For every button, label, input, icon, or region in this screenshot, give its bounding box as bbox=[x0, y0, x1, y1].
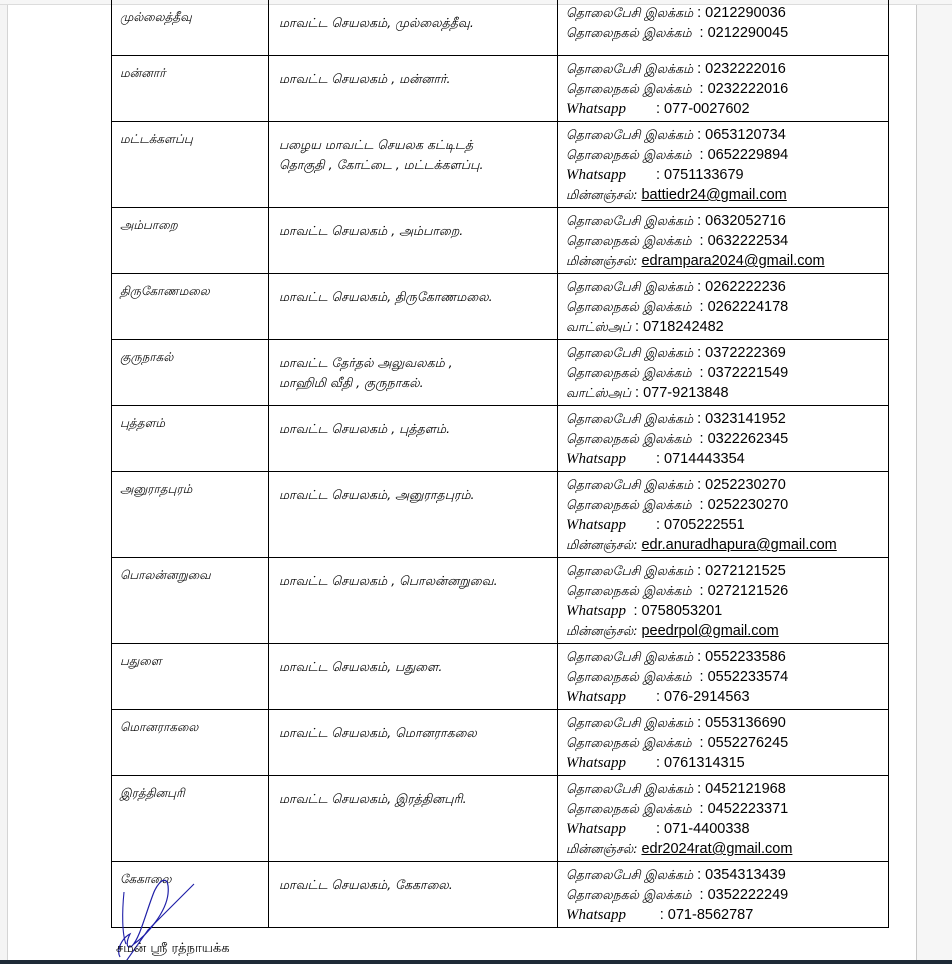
contact-number: : 071-8562787 bbox=[660, 907, 754, 923]
office-address-line: மாவட்ட செயலகம் , அம்பாறை. bbox=[279, 221, 557, 241]
contact-number: : 0452223371 bbox=[700, 801, 789, 817]
contact-line: தொலைநகல் இலக்கம் : 0262224178 bbox=[566, 297, 888, 317]
email-link[interactable]: edr.anuradhapura@gmail.com bbox=[641, 537, 836, 553]
contact-label: தொலைநகல் இலக்கம் bbox=[566, 497, 700, 512]
contact-number: : 0761314315 bbox=[656, 755, 745, 771]
contact-label: தொலைநகல் இலக்கம் bbox=[566, 431, 700, 446]
district-contacts-table: முல்லைத்தீவுமாவட்ட செயலகம், முல்லைத்தீவு… bbox=[111, 0, 889, 928]
office-address: மாவட்ட செயலகம், மொனராகலை bbox=[269, 710, 557, 743]
contact-number: : 077-0027602 bbox=[656, 101, 750, 117]
table-row: புத்தளம்மாவட்ட செயலகம் , புத்தளம்.தொலைபே… bbox=[112, 406, 889, 472]
contact-number: : 0212290045 bbox=[700, 25, 789, 41]
district-name: திருகோணமலை bbox=[112, 274, 268, 300]
email-link[interactable]: peedrpol@gmail.com bbox=[641, 623, 778, 639]
contact-number: : 0552276245 bbox=[700, 735, 789, 751]
contact-number: : 0714443354 bbox=[656, 451, 745, 467]
contact-label: Whatsapp bbox=[566, 755, 656, 771]
contact-label: மின்னஞ்சல்: bbox=[566, 841, 641, 856]
contact-cell: தொலைபேசி இலக்கம் : 0272121525தொலைநகல் இல… bbox=[558, 558, 889, 644]
contact-number: : 0553136690 bbox=[697, 715, 786, 731]
viewer-left-gutter bbox=[0, 5, 8, 960]
contact-label: தொலைபேசி இலக்கம் bbox=[566, 5, 697, 20]
contact-label: மின்னஞ்சல்: bbox=[566, 623, 641, 638]
contact-number: : 0751133679 bbox=[656, 167, 744, 183]
office-address: மாவட்ட செயலகம், அனுராதபுரம். bbox=[269, 472, 557, 505]
contact-cell: தொலைபேசி இலக்கம் : 0553136690தொலைநகல் இல… bbox=[558, 710, 889, 776]
office-address: மாவட்ட செயலகம், கேகாலை. bbox=[269, 862, 557, 895]
contact-label: தொலைபேசி இலக்கம் bbox=[566, 563, 697, 578]
contact-number: : 076-2914563 bbox=[656, 689, 750, 705]
district-cell: மொனராகலை bbox=[112, 710, 269, 776]
table-row: மன்னார்மாவட்ட செயலகம் , மன்னார்.தொலைபேசி… bbox=[112, 56, 889, 122]
contact-label: தொலைபேசி இலக்கம் bbox=[566, 715, 697, 730]
office-address-line: மாவட்ட செயலகம், அனுராதபுரம். bbox=[279, 485, 557, 505]
table-row: பதுளைமாவட்ட செயலகம், பதுளை.தொலைபேசி இலக்… bbox=[112, 644, 889, 710]
contact-line: Whatsapp : 071-4400338 bbox=[566, 819, 888, 839]
district-name: மொனராகலை bbox=[112, 710, 268, 736]
district-cell: பொலன்னறுவை bbox=[112, 558, 269, 644]
office-cell: மாவட்ட செயலகம் , பொலன்னறுவை. bbox=[269, 558, 558, 644]
contact-number: : 071-4400338 bbox=[656, 821, 750, 837]
district-name: பதுளை bbox=[112, 644, 268, 670]
contact-number: : 0552233574 bbox=[700, 669, 789, 685]
contact-line: தொலைநகல் இலக்கம் : 0212290045 bbox=[566, 23, 888, 43]
contact-number: : 0272121526 bbox=[700, 583, 789, 599]
contact-line: Whatsapp : 077-0027602 bbox=[566, 99, 888, 119]
district-cell: முல்லைத்தீவு bbox=[112, 0, 269, 56]
contact-number: : 0232222016 bbox=[700, 81, 789, 97]
contact-line: தொலைநகல் இலக்கம் : 0632222534 bbox=[566, 231, 888, 251]
contact-label: தொலைநகல் இலக்கம் bbox=[566, 887, 700, 902]
office-address-line: மாவட்ட செயலகம், முல்லைத்தீவு. bbox=[279, 13, 557, 33]
contact-number: : 0323141952 bbox=[697, 411, 786, 427]
contact-cell: தொலைபேசி இலக்கம் : 0632052716தொலைநகல் இல… bbox=[558, 208, 889, 274]
contact-label: தொலைநகல் இலக்கம் bbox=[566, 801, 700, 816]
office-address: மாவட்ட தேர்தல் அலுவலகம் ,மாஹிமி வீதி , க… bbox=[269, 340, 557, 393]
contact-number: : 0718242482 bbox=[635, 319, 724, 335]
contact-number: : 077-9213848 bbox=[635, 385, 729, 401]
district-cell: இரத்தினபுரி bbox=[112, 776, 269, 862]
district-cell: பதுளை bbox=[112, 644, 269, 710]
contact-line: தொலைபேசி இலக்கம் : 0232222016 bbox=[566, 59, 888, 79]
contact-line: தொலைபேசி இலக்கம் : 0653120734 bbox=[566, 125, 888, 145]
contact-label: வாட்ஸ்அப் bbox=[566, 385, 635, 400]
contact-label: தொலைபேசி இலக்கம் bbox=[566, 477, 697, 492]
contact-cell: தொலைபேசி இலக்கம் : 0372222369தொலைநகல் இல… bbox=[558, 340, 889, 406]
contact-cell: தொலைபேசி இலக்கம் : 0262222236தொலைநகல் இல… bbox=[558, 274, 889, 340]
contact-label: Whatsapp bbox=[566, 451, 656, 467]
contact-label: தொலைநகல் இலக்கம் bbox=[566, 233, 700, 248]
contact-line: Whatsapp : 0714443354 bbox=[566, 449, 888, 469]
contact-label: தொலைநகல் இலக்கம் bbox=[566, 147, 700, 162]
contact-label: Whatsapp bbox=[566, 689, 656, 705]
office-cell: மாவட்ட செயலகம், பதுளை. bbox=[269, 644, 558, 710]
contact-number: : 0632222534 bbox=[700, 233, 789, 249]
contact-number: : 0372222369 bbox=[697, 345, 786, 361]
contact-label: Whatsapp bbox=[566, 821, 656, 837]
contact-cell: தொலைபேசி இலக்கம் : 0452121968தொலைநகல் இல… bbox=[558, 776, 889, 862]
contact-line: Whatsapp : 0761314315 bbox=[566, 753, 888, 773]
contact-label: தொலைபேசி இலக்கம் bbox=[566, 781, 697, 796]
contact-label: Whatsapp bbox=[566, 167, 656, 183]
contact-cell: தொலைபேசி இலக்கம் : 0653120734தொலைநகல் இல… bbox=[558, 122, 889, 208]
contact-label: தொலைநகல் இலக்கம் bbox=[566, 735, 700, 750]
contact-number: : 0354313439 bbox=[697, 867, 786, 883]
office-address-line: மாவட்ட செயலகம் , பொலன்னறுவை. bbox=[279, 571, 557, 591]
contact-label: தொலைநகல் இலக்கம் bbox=[566, 81, 700, 96]
office-cell: மாவட்ட செயலகம், திருகோணமலை. bbox=[269, 274, 558, 340]
table-row: அம்பாறைமாவட்ட செயலகம் , அம்பாறை.தொலைபேசி… bbox=[112, 208, 889, 274]
office-cell: மாவட்ட செயலகம், முல்லைத்தீவு. bbox=[269, 0, 558, 56]
contact-label: தொலைநகல் இலக்கம் bbox=[566, 583, 700, 598]
table-row: மொனராகலைமாவட்ட செயலகம், மொனராகலைதொலைபேசி… bbox=[112, 710, 889, 776]
table-row: அனுராதபுரம்மாவட்ட செயலகம், அனுராதபுரம்.த… bbox=[112, 472, 889, 558]
district-name: முல்லைத்தீவு bbox=[112, 0, 268, 26]
contact-line: தொலைநகல் இலக்கம் : 0232222016 bbox=[566, 79, 888, 99]
office-address: மாவட்ட செயலகம், திருகோணமலை. bbox=[269, 274, 557, 307]
contact-line: தொலைநகல் இலக்கம் : 0652229894 bbox=[566, 145, 888, 165]
office-cell: மாவட்ட செயலகம் , புத்தளம். bbox=[269, 406, 558, 472]
contact-line: தொலைநகல் இலக்கம் : 0352222249 bbox=[566, 885, 888, 905]
district-name: இரத்தினபுரி bbox=[112, 776, 268, 802]
contact-line: வாட்ஸ்அப் : 077-9213848 bbox=[566, 383, 888, 403]
office-address-line: பழைய மாவட்ட செயலக கட்டிடத் bbox=[279, 135, 557, 155]
contact-number: : 0652229894 bbox=[700, 147, 789, 163]
contact-line: Whatsapp : 071-8562787 bbox=[566, 905, 888, 925]
contact-line: Whatsapp : 0758053201 bbox=[566, 601, 888, 621]
contact-line: தொலைபேசி இலக்கம் : 0212290036 bbox=[566, 3, 888, 23]
contact-label: தொலைநகல் இலக்கம் bbox=[566, 669, 700, 684]
office-address-line: மாவட்ட செயலகம், பதுளை. bbox=[279, 657, 557, 677]
office-address: மாவட்ட செயலகம் , மன்னார். bbox=[269, 56, 557, 89]
table-row: இரத்தினபுரிமாவட்ட செயலகம், இரத்தினபுரி.த… bbox=[112, 776, 889, 862]
office-cell: மாவட்ட தேர்தல் அலுவலகம் ,மாஹிமி வீதி , க… bbox=[269, 340, 558, 406]
table-row: மட்டக்களப்புபழைய மாவட்ட செயலக கட்டிடத்தொ… bbox=[112, 122, 889, 208]
contact-line: மின்னஞ்சல்: edr.anuradhapura@gmail.com bbox=[566, 535, 888, 555]
email-link[interactable]: edrampara2024@gmail.com bbox=[641, 253, 824, 269]
contact-line: தொலைபேசி இலக்கம் : 0452121968 bbox=[566, 779, 888, 799]
office-address-line: மாவட்ட செயலகம் , மன்னார். bbox=[279, 69, 557, 89]
contact-number: : 0632052716 bbox=[697, 213, 786, 229]
email-link[interactable]: edr2024rat@gmail.com bbox=[641, 841, 792, 857]
office-cell: மாவட்ட செயலகம் , அம்பாறை. bbox=[269, 208, 558, 274]
contact-cell: தொலைபேசி இலக்கம் : 0232222016தொலைநகல் இல… bbox=[558, 56, 889, 122]
email-link[interactable]: battiedr24@gmail.com bbox=[641, 187, 786, 203]
district-name: மன்னார் bbox=[112, 56, 268, 82]
contact-number: : 0653120734 bbox=[697, 127, 786, 143]
office-address-line: மாவட்ட செயலகம், இரத்தினபுரி. bbox=[279, 789, 557, 809]
table-row: பொலன்னறுவைமாவட்ட செயலகம் , பொலன்னறுவை.தொ… bbox=[112, 558, 889, 644]
table-row: திருகோணமலைமாவட்ட செயலகம், திருகோணமலை.தொல… bbox=[112, 274, 889, 340]
contact-number: : 0452121968 bbox=[697, 781, 786, 797]
contact-number: : 0232222016 bbox=[697, 61, 786, 77]
contact-number: : 0262222236 bbox=[697, 279, 786, 295]
office-address: மாவட்ட செயலகம், முல்லைத்தீவு. bbox=[269, 0, 557, 33]
office-address: மாவட்ட செயலகம் , பொலன்னறுவை. bbox=[269, 558, 557, 591]
district-cell: திருகோணமலை bbox=[112, 274, 269, 340]
contact-label: தொலைநகல் இலக்கம் bbox=[566, 365, 700, 380]
contact-line: தொலைநகல் இலக்கம் : 0252230270 bbox=[566, 495, 888, 515]
contact-cell: தொலைபேசி இலக்கம் : 0552233586தொலைநகல் இல… bbox=[558, 644, 889, 710]
office-cell: பழைய மாவட்ட செயலக கட்டிடத்தொகுதி , கோட்ட… bbox=[269, 122, 558, 208]
contact-line: தொலைநகல் இலக்கம் : 0272121526 bbox=[566, 581, 888, 601]
contact-label: மின்னஞ்சல்: bbox=[566, 253, 641, 268]
contact-number: : 0705222551 bbox=[656, 517, 745, 533]
contact-line: தொலைநகல் இலக்கம் : 0552233574 bbox=[566, 667, 888, 687]
contact-number: : 0272121525 bbox=[697, 563, 786, 579]
contact-line: தொலைநகல் இலக்கம் : 0552276245 bbox=[566, 733, 888, 753]
contact-line: தொலைநகல் இலக்கம் : 0322262345 bbox=[566, 429, 888, 449]
contact-label: தொலைபேசி இலக்கம் bbox=[566, 127, 697, 142]
contact-number: : 0758053201 bbox=[634, 603, 723, 619]
contact-cell: தொலைபேசி இலக்கம் : 0323141952தொலைநகல் இல… bbox=[558, 406, 889, 472]
contact-line: தொலைநகல் இலக்கம் : 0452223371 bbox=[566, 799, 888, 819]
contact-number: : 0262224178 bbox=[700, 299, 789, 315]
contact-label: தொலைபேசி இலக்கம் bbox=[566, 61, 697, 76]
district-cell: புத்தளம் bbox=[112, 406, 269, 472]
district-cell: குருநாகல் bbox=[112, 340, 269, 406]
contact-number: : 0322262345 bbox=[700, 431, 789, 447]
office-cell: மாவட்ட செயலகம், மொனராகலை bbox=[269, 710, 558, 776]
contact-label: Whatsapp bbox=[566, 603, 634, 619]
office-cell: மாவட்ட செயலகம், அனுராதபுரம். bbox=[269, 472, 558, 558]
contact-number: : 0252230270 bbox=[700, 497, 789, 513]
contact-label: தொலைபேசி இலக்கம் bbox=[566, 345, 697, 360]
contact-line: மின்னஞ்சல்: edr2024rat@gmail.com bbox=[566, 839, 888, 859]
office-cell: மாவட்ட செயலகம், இரத்தினபுரி. bbox=[269, 776, 558, 862]
contact-line: மின்னஞ்சல்: battiedr24@gmail.com bbox=[566, 185, 888, 205]
contact-label: Whatsapp bbox=[566, 101, 656, 117]
contact-line: மின்னஞ்சல்: edrampara2024@gmail.com bbox=[566, 251, 888, 271]
contact-line: தொலைபேசி இலக்கம் : 0552233586 bbox=[566, 647, 888, 667]
contact-label: தொலைநகல் இலக்கம் bbox=[566, 299, 700, 314]
contact-line: Whatsapp : 0751133679 bbox=[566, 165, 888, 185]
office-cell: மாவட்ட செயலகம், கேகாலை. bbox=[269, 862, 558, 928]
contact-number: : 0212290036 bbox=[697, 5, 786, 21]
contact-label: மின்னஞ்சல்: bbox=[566, 537, 641, 552]
contact-number: : 0352222249 bbox=[700, 887, 789, 903]
office-address-line: தொகுதி , கோட்டை , மட்டக்களப்பு. bbox=[279, 155, 557, 175]
district-name: அம்பாறை bbox=[112, 208, 268, 234]
district-name: புத்தளம் bbox=[112, 406, 268, 432]
district-cell: மட்டக்களப்பு bbox=[112, 122, 269, 208]
office-address: மாவட்ட செயலகம், பதுளை. bbox=[269, 644, 557, 677]
contact-cell: தொலைபேசி இலக்கம் : 0212290036தொலைநகல் இல… bbox=[558, 0, 889, 56]
contact-line: தொலைபேசி இலக்கம் : 0272121525 bbox=[566, 561, 888, 581]
contact-label: தொலைபேசி இலக்கம் bbox=[566, 279, 697, 294]
district-cell: அம்பாறை bbox=[112, 208, 269, 274]
district-name: குருநாகல் bbox=[112, 340, 268, 366]
contact-cell: தொலைபேசி இலக்கம் : 0354313439தொலைநகல் இல… bbox=[558, 862, 889, 928]
contact-line: தொலைபேசி இலக்கம் : 0354313439 bbox=[566, 865, 888, 885]
table-row: குருநாகல்மாவட்ட தேர்தல் அலுவலகம் ,மாஹிமி… bbox=[112, 340, 889, 406]
contact-cell: தொலைபேசி இலக்கம் : 0252230270தொலைநகல் இல… bbox=[558, 472, 889, 558]
contact-number: : 0252230270 bbox=[697, 477, 786, 493]
office-address-line: மாஹிமி வீதி , குருநாகல். bbox=[279, 373, 557, 393]
office-address-line: மாவட்ட தேர்தல் அலுவலகம் , bbox=[279, 353, 557, 373]
contact-line: Whatsapp : 0705222551 bbox=[566, 515, 888, 535]
office-address-line: மாவட்ட செயலகம் , புத்தளம். bbox=[279, 419, 557, 439]
contact-label: Whatsapp bbox=[566, 907, 660, 923]
contact-line: தொலைநகல் இலக்கம் : 0372221549 bbox=[566, 363, 888, 383]
contact-line: மின்னஞ்சல்: peedrpol@gmail.com bbox=[566, 621, 888, 641]
contact-label: தொலைபேசி இலக்கம் bbox=[566, 411, 697, 426]
document-page: முல்லைத்தீவுமாவட்ட செயலகம், முல்லைத்தீவு… bbox=[8, 5, 917, 960]
contact-line: தொலைபேசி இலக்கம் : 0323141952 bbox=[566, 409, 888, 429]
district-name: மட்டக்களப்பு bbox=[112, 122, 268, 148]
contact-line: தொலைபேசி இலக்கம் : 0252230270 bbox=[566, 475, 888, 495]
district-cell: அனுராதபுரம் bbox=[112, 472, 269, 558]
office-address-line: மாவட்ட செயலகம், திருகோணமலை. bbox=[279, 287, 557, 307]
contact-line: வாட்ஸ்அப் : 0718242482 bbox=[566, 317, 888, 337]
office-address-line: மாவட்ட செயலகம், கேகாலை. bbox=[279, 875, 557, 895]
office-address: மாவட்ட செயலகம் , புத்தளம். bbox=[269, 406, 557, 439]
contact-label: Whatsapp bbox=[566, 517, 656, 533]
contact-line: தொலைபேசி இலக்கம் : 0372222369 bbox=[566, 343, 888, 363]
district-name: அனுராதபுரம் bbox=[112, 472, 268, 498]
office-address: மாவட்ட செயலகம், இரத்தினபுரி. bbox=[269, 776, 557, 809]
contact-label: தொலைநகல் இலக்கம் bbox=[566, 25, 700, 40]
table-body: முல்லைத்தீவுமாவட்ட செயலகம், முல்லைத்தீவு… bbox=[112, 0, 889, 928]
contact-line: தொலைபேசி இலக்கம் : 0553136690 bbox=[566, 713, 888, 733]
contact-line: Whatsapp : 076-2914563 bbox=[566, 687, 888, 707]
contact-label: தொலைபேசி இலக்கம் bbox=[566, 213, 697, 228]
office-address-line: மாவட்ட செயலகம், மொனராகலை bbox=[279, 723, 557, 743]
taskbar-edge bbox=[0, 960, 952, 964]
contact-number: : 0372221549 bbox=[700, 365, 789, 381]
office-address: பழைய மாவட்ட செயலக கட்டிடத்தொகுதி , கோட்ட… bbox=[269, 122, 557, 175]
district-cell: மன்னார் bbox=[112, 56, 269, 122]
contact-label: தொலைபேசி இலக்கம் bbox=[566, 867, 697, 882]
contact-label: வாட்ஸ்அப் bbox=[566, 319, 635, 334]
district-name: பொலன்னறுவை bbox=[112, 558, 268, 584]
office-address: மாவட்ட செயலகம் , அம்பாறை. bbox=[269, 208, 557, 241]
signatory-name: சமன் ஸ்ரீ ரத்நாயக்க bbox=[116, 941, 230, 957]
contact-label: தொலைபேசி இலக்கம் bbox=[566, 649, 697, 664]
office-cell: மாவட்ட செயலகம் , மன்னார். bbox=[269, 56, 558, 122]
contact-line: தொலைபேசி இலக்கம் : 0632052716 bbox=[566, 211, 888, 231]
table-row: முல்லைத்தீவுமாவட்ட செயலகம், முல்லைத்தீவு… bbox=[112, 0, 889, 56]
contact-line: தொலைபேசி இலக்கம் : 0262222236 bbox=[566, 277, 888, 297]
contact-label: மின்னஞ்சல்: bbox=[566, 187, 641, 202]
contact-number: : 0552233586 bbox=[697, 649, 786, 665]
